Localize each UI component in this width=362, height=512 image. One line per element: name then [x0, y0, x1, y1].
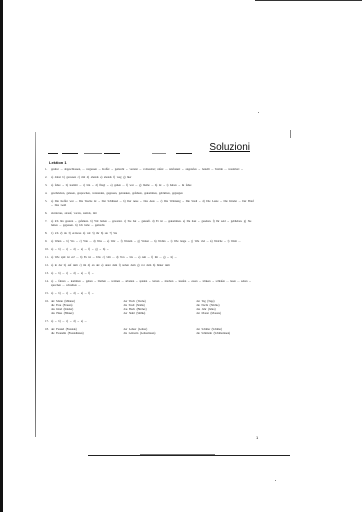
- exercise-item: 18.der Freund (Freunde)die Freundin (Fre…: [45, 327, 255, 335]
- page-header: Soluzioni: [48, 140, 258, 156]
- exercise-item: 1.gestire: ... abgeschlossen, ... verges…: [45, 167, 255, 171]
- header-dash: [48, 153, 58, 154]
- exercise-item: 3.a) fahre ... b) kommt ... c) bin ... d…: [45, 183, 255, 187]
- exercise-item: 9.a) Wann ... b) Wo ... c) Wie ... d) Wa…: [45, 239, 255, 243]
- exercise-text: 1) ich 2) du 3) er/sie/es 4) wir 5) ihr …: [51, 231, 255, 235]
- answer-column: der Schüler (Schüler)die Schülerin (Schü…: [196, 327, 255, 335]
- exercise-item: 14.a) ... fahren ... kommen ... gehen ..…: [45, 279, 255, 287]
- exercise-item: 5.a) Die Koffer war ... Die Tasche ist .…: [45, 199, 255, 207]
- answer-line: die Freundin (Freundinnen): [51, 331, 110, 335]
- exercise-text: gestire: ... abgeschlossen, ... vergesse…: [51, 167, 255, 171]
- exercise-text: ab/ein/aus, an/auf, vor/zu, zurück, mit: [51, 211, 255, 215]
- exercise-text: a) Wie spät ist es? ... b) Es ist ... Uh…: [51, 255, 255, 259]
- exercise-item: 12.a) in der b) auf dem c) im d) an der …: [45, 263, 255, 267]
- page-number: 1: [256, 435, 258, 440]
- exercise-item: 6.ab/ein/aus, an/auf, vor/zu, zurück, mi…: [45, 211, 255, 215]
- exercise-text: a) fahre ... b) kommt ... c) bin ... d) …: [51, 183, 255, 187]
- header-dash: [104, 153, 120, 154]
- exercise-item: 11.a) Wie spät ist es? ... b) Es ist ...…: [45, 255, 255, 259]
- scan-speck: [275, 480, 276, 481]
- exercise-item: 2.a) dabei b) gewesen c) mit d) abends e…: [45, 175, 255, 179]
- scan-edge-top: [255, 0, 362, 1]
- exercise-item: 17.a) ... b) ... c) ... d) ... e) ...: [45, 319, 255, 323]
- answer-column: der Tisch (Tische)die Stadt (Städte)das …: [124, 299, 183, 315]
- exercise-columns: der Mann (Männer)die Frau (Frauen)das Ki…: [51, 299, 255, 315]
- scan-speck: [258, 112, 259, 113]
- answer-column: der Lehrer (Lehrer)die Lehrerin (Lehreri…: [124, 327, 183, 335]
- exercise-item: 16.der Mann (Männer)die Frau (Frauen)das…: [45, 299, 255, 315]
- scan-edge-left: [0, 0, 3, 512]
- page-binding-edge: [35, 132, 36, 437]
- exercise-text: a) ... b) ... c) ... d) ... e) ... f) ..…: [51, 291, 255, 295]
- answer-line: das Haus (Häuser): [51, 311, 110, 315]
- lesson-heading: Lektion 1: [49, 160, 67, 165]
- page-title: Soluzioni: [209, 142, 250, 153]
- exercise-text: a) ... fahren ... kommen ... gehen ... b…: [51, 279, 255, 287]
- exercise-item: 8.1) ich 2) du 3) er/sie/es 4) wir 5) ih…: [45, 231, 255, 235]
- exercise-item: 7.a) Ich bin gestern ... gefahren. b) Wi…: [45, 219, 255, 227]
- exercise-text: a) ... b) ... c) ... d) ... e) ... f) ..…: [51, 271, 255, 275]
- header-dash: [152, 153, 166, 154]
- exercise-item: 13.a) ... b) ... c) ... d) ... e) ... f)…: [45, 271, 255, 275]
- exercise-text: a) dabei b) gewesen c) mit d) abends e) …: [51, 175, 255, 179]
- exercise-item: 4.geschrieben, gelesen, gesprochen, vers…: [45, 191, 255, 195]
- exercise-text: a) Ich bin gestern ... gefahren. b) Wir …: [51, 219, 255, 227]
- exercise-text: a) in der b) auf dem c) im d) an der e) …: [51, 263, 255, 267]
- exercise-list: 1.gestire: ... abgeschlossen, ... verges…: [45, 167, 255, 339]
- header-dash: [176, 153, 192, 154]
- answer-column: der Tag (Tage)die Nacht (Nächte)das Jahr…: [196, 299, 255, 315]
- header-dash: [62, 153, 78, 154]
- footer-rule: [88, 455, 290, 456]
- exercise-item: 10.a) ... b) ... c) ... d) ... e) ... f)…: [45, 247, 255, 251]
- exercise-columns: der Freund (Freunde)die Freundin (Freund…: [51, 327, 255, 335]
- exercise-text: a) ... b) ... c) ... d) ... e) ... f) ..…: [51, 247, 255, 251]
- exercise-text: geschrieben, gelesen, gesprochen, versta…: [51, 191, 255, 195]
- exercise-text: a) ... b) ... c) ... d) ... e) ...: [51, 319, 255, 323]
- exercise-item: 15.a) ... b) ... c) ... d) ... e) ... f)…: [45, 291, 255, 295]
- footer-rule: [140, 454, 215, 455]
- answer-line: die Lehrerin (Lehrerinnen): [124, 331, 183, 335]
- scan-speck: [290, 130, 291, 138]
- answer-line: die Schülerin (Schülerinnen): [196, 331, 255, 335]
- answer-column: der Mann (Männer)die Frau (Frauen)das Ki…: [51, 299, 110, 315]
- answer-line: der Monat (Monate): [196, 311, 255, 315]
- exercise-text: a) Die Koffer war ... Die Tasche ist ...…: [51, 199, 255, 207]
- answer-column: der Freund (Freunde)die Freundin (Freund…: [51, 327, 110, 335]
- header-dash: [84, 153, 102, 154]
- answer-line: der Stuhl (Stühle): [124, 311, 183, 315]
- exercise-text: a) Wann ... b) Wo ... c) Wie ... d) Was …: [51, 239, 255, 243]
